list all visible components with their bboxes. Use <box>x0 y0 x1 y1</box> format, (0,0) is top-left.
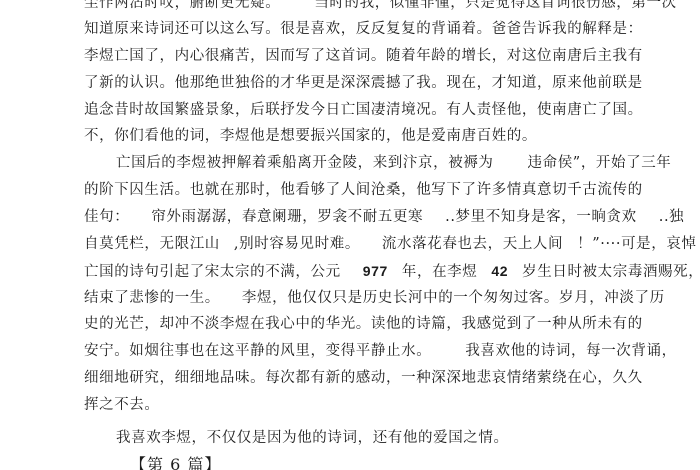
text-fragment: 结束了悲惨的一生。 <box>84 290 220 306</box>
text-line: 挥之不去。 <box>84 396 160 414</box>
text-line: 细细地研究，细细地品味。每次都有新的感动，一种深深地悲哀情绪萦绕在心，久久 <box>84 369 643 387</box>
document-page: 尘作两沾时叹，腑断更无疑。当时的我，似懂非懂，只是觉得这首词很伤感，第一次 知道… <box>0 0 700 470</box>
text-fragment: 我喜欢他的诗词，每一次背诵， <box>465 343 676 359</box>
text-line: 佳句：帘外雨潺潺，春意阑珊，罗衾不耐五更寒..梦里不知身是客，一晌贪欢..独 <box>84 208 684 226</box>
text-fragment: 岁生日时被太宗毒酒赐死， <box>522 264 700 280</box>
text-line: 不，你们看他的词，李煜他是想要振兴国家的，他是爱南唐百姓的。 <box>84 127 537 145</box>
poem-quote: 帘外雨潺潺，春意阑珊，罗衾不耐五更寒 <box>151 209 423 225</box>
text-fragment: ..独 <box>659 209 685 225</box>
text-fragment: 亡国后的李煜被押解着乘船离开金陵，来到汴京，被褥为 <box>116 155 494 171</box>
text-line: 了新的认识。他那绝世独俗的才华更是深深震撼了我。现在，才知道，原来他前联是 <box>84 74 643 92</box>
text-fragment: 李煜，他仅仅只是历史长河中的一个匆匆过客。岁月，冲淡了历 <box>242 290 665 306</box>
poem-quote: ..梦里不知身是客，一晌贪欢 <box>445 209 637 225</box>
text-line: 亡国后的李煜被押解着乘船离开金陵，来到汴京，被褥为违命侯”，开始了三年 <box>116 154 671 172</box>
text-fragment: ！”····可是，哀悼 <box>577 236 696 252</box>
text-line: 尘作两沾时叹，腑断更无疑。当时的我，似懂非懂，只是觉得这首词很伤感，第一次 <box>84 0 677 12</box>
text-line: 史的光芒，却冲不淡李煜在我心中的华光。读他的诗篇，我感觉到了一种从所未有的 <box>84 315 643 333</box>
text-line: 李煜亡国了，内心很痛苦，因而写了这首词。随着年龄的增长，对这位南唐后主我有 <box>84 47 643 65</box>
poem-quote: 自莫凭栏，无限江山 <box>84 236 220 252</box>
text-fragment: 亡国的诗句引起了宋太宗的不满，公元 <box>84 264 341 280</box>
text-fragment: 违命侯”，开始了三年 <box>528 155 672 171</box>
text-line: 知道原来诗词还可以这么写。很是喜欢，反反复复的背诵着。爸爸告诉我的解释是： <box>84 20 643 38</box>
text-line: 亡国的诗句引起了宋太宗的不满，公元977年，在李煜42岁生日时被太宗毒酒赐死， <box>84 262 700 281</box>
text-line: 的阶下囚生活。也就在那时，他看够了人间沧桑，他写下了许多情真意切千古流传的 <box>84 181 643 199</box>
text-line: 追念昔时故国繁盛景象，后联抒发今日亡国凄清境况。有人责怪他，使南唐亡了国。 <box>84 101 643 119</box>
text-fragment: 当时的我，似懂非懂，只是觉得这首词很伤感，第一次 <box>314 0 676 11</box>
text-fragment: 安宁。如烟往事也在这平静的风里，变得平静止水。 <box>84 343 431 359</box>
text-fragment: 佳句： <box>84 209 129 225</box>
text-line: 结束了悲惨的一生。李煜，他仅仅只是历史长河中的一个匆匆过客。岁月，冲淡了历 <box>84 289 665 307</box>
poem-quote: ,别时容易见时难。 <box>234 236 360 252</box>
text-line: 安宁。如烟往事也在这平静的风里，变得平静止水。我喜欢他的诗词，每一次背诵， <box>84 342 677 360</box>
text-line: 我喜欢李煜，不仅仅是因为他的诗词，还有他的爱国之情。 <box>116 429 509 447</box>
year-number: 977 <box>363 263 388 279</box>
text-fragment: 年，在李煜 <box>402 264 478 280</box>
poem-quote: 流水落花春也去，天上人间 <box>382 236 563 252</box>
text-line: 自莫凭栏，无限江山,别时容易见时难。流水落花春也去，天上人间！”····可是，哀… <box>84 235 697 253</box>
text-fragment: 尘作两沾时叹，腑断更无疑。 <box>84 0 280 11</box>
age-number: 42 <box>491 263 508 279</box>
section-heading: 【第 6 篇】 <box>130 456 221 470</box>
